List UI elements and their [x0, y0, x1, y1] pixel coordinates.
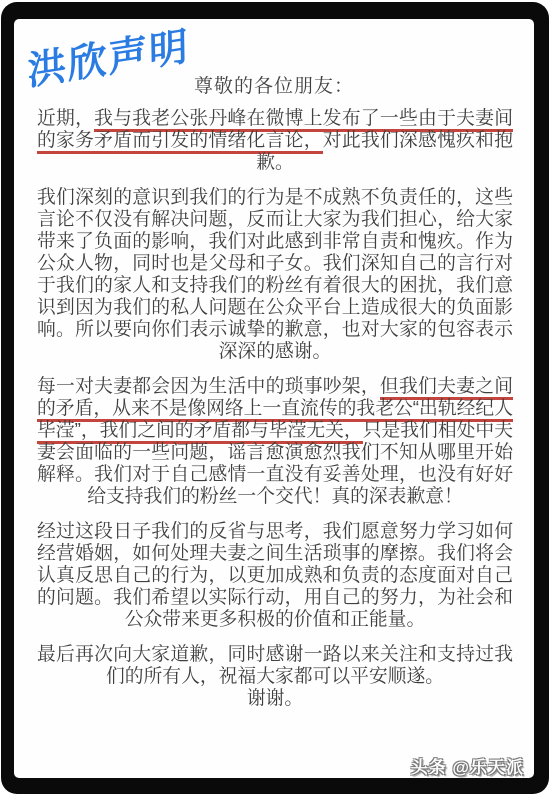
black-frame: 洪欣声明 尊敬的各位朋友： 近期，我与我老公张丹峰在微博上发布了一些由于夫妻间的… [1, 2, 549, 794]
statement-card: 洪欣声明 尊敬的各位朋友： 近期，我与我老公张丹峰在微博上发布了一些由于夫妻间的… [14, 19, 534, 778]
statement-image: 洪欣声明 尊敬的各位朋友： 近期，我与我老公张丹峰在微博上发布了一些由于夫妻间的… [0, 0, 550, 794]
plain-text: 每一对夫妻都会因为生活中的琐事吵架， [37, 375, 380, 396]
plain-text: 近期， [37, 107, 94, 128]
statement-paragraph: 经过这段日子我们的反省与思考，我们愿意努力学习如何经营婚姻，如何处理夫妻之间生活… [37, 520, 513, 630]
plain-text: 谢谢。 [247, 687, 303, 708]
watermark: 头条 @乐天派 [411, 753, 524, 778]
statement-body: 近期，我与我老公张丹峰在微博上发布了一些由于夫妻间的家务矛盾而引发的情绪化言论，… [37, 107, 513, 722]
statement-paragraph: 谢谢。 [37, 687, 513, 709]
plain-text: 我们深刻的意识到我们的行为是不成熟不负责任的，这些言论不仅没有解决问题，反而让大… [37, 186, 513, 361]
statement-paragraph: 近期，我与我老公张丹峰在微博上发布了一些由于夫妻间的家务矛盾而引发的情绪化言论，… [37, 107, 513, 173]
statement-paragraph: 我们深刻的意识到我们的行为是不成熟不负责任的，这些言论不仅没有解决问题，反而让大… [37, 186, 513, 362]
salutation: 尊敬的各位朋友： [14, 71, 534, 98]
plain-text: 经过这段日子我们的反省与思考，我们愿意努力学习如何经营婚姻，如何处理夫妻之间生活… [37, 520, 513, 629]
statement-paragraph: 每一对夫妻都会因为生活中的琐事吵架，但我们夫妻之间的矛盾，从来不是像网络上一直流… [37, 375, 513, 507]
statement-paragraph: 最后再次向大家道歉，同时感谢一路以来关注和支持过我们的所有人，祝福大家都可以平安… [37, 643, 513, 687]
plain-text: 最后再次向大家道歉，同时感谢一路以来关注和支持过我们的所有人，祝福大家都可以平安… [37, 643, 513, 686]
